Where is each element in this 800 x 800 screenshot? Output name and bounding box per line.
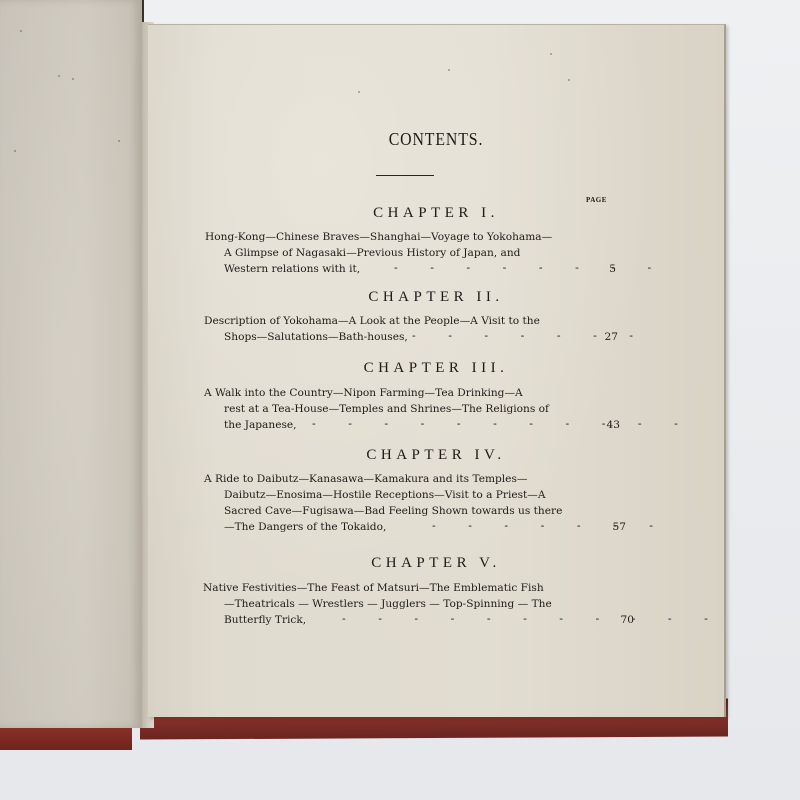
- paper-speck: [550, 53, 552, 55]
- chapter-heading: CHAPTER V.: [148, 555, 724, 572]
- page-number: 27: [588, 331, 618, 343]
- chapter-summary-line: A Glimpse of Nagasaki—Previous History o…: [224, 247, 520, 259]
- chapter-heading: CHAPTER IV.: [148, 447, 724, 464]
- dot-leader: - - - - - - -: [432, 519, 668, 532]
- page-number: 70: [604, 614, 634, 626]
- chapter-summary-line: Shops—Salutations—Bath-houses,: [224, 331, 408, 343]
- chapter-heading: CHAPTER II.: [148, 289, 724, 306]
- photo-scene: CONTENTS. PAGE CHAPTER I. Hong-Kong—Chin…: [0, 0, 800, 800]
- dot-leader: - - - - - - - - - - -: [342, 612, 722, 625]
- chapter-summary-line: Native Festivities—The Feast of Matsuri—…: [203, 582, 544, 594]
- chapter-summary-line: Sacred Cave—Fugisawa—Bad Feeling Shown t…: [224, 505, 562, 517]
- contents-page: CONTENTS. PAGE CHAPTER I. Hong-Kong—Chin…: [148, 24, 726, 717]
- chapter-summary-line: the Japanese,: [224, 419, 297, 431]
- paper-speck: [72, 78, 74, 80]
- page-title: CONTENTS.: [183, 129, 690, 150]
- left-page-blank: [0, 0, 144, 728]
- chapter-summary-line: Western relations with it,: [224, 263, 360, 275]
- chapter-summary-line: —Theatricals — Wrestlers — Jugglers — To…: [224, 598, 552, 610]
- paper-speck: [568, 79, 570, 81]
- chapter-summary-line: Description of Yokohama—A Look at the Pe…: [204, 315, 540, 327]
- paper-speck: [448, 69, 450, 71]
- paper-speck: [14, 150, 16, 152]
- chapter-heading: CHAPTER I.: [148, 205, 724, 222]
- page-number: 5: [586, 263, 616, 275]
- dot-leader: - - - - - - - - - - -: [312, 417, 692, 430]
- page-number: 43: [590, 419, 620, 431]
- chapter-summary-line: A Walk into the Country—Nipon Farming—Te…: [204, 387, 523, 399]
- paper-speck: [358, 91, 360, 93]
- chapter-summary-line: Butterfly Trick,: [224, 614, 306, 626]
- paper-speck: [20, 30, 22, 32]
- page-number: 57: [596, 521, 626, 533]
- chapter-summary-line: rest at a Tea-House—Temples and Shrines—…: [224, 403, 549, 415]
- chapter-summary-line: Daibutz—Enosima—Hostile Receptions—Visit…: [224, 489, 546, 501]
- chapter-summary-line: —The Dangers of the Tokaido,: [224, 521, 386, 533]
- chapter-summary-line: A Ride to Daibutz—Kanasawa—Kamakura and …: [204, 473, 527, 485]
- page-column-label: PAGE: [586, 196, 607, 204]
- chapter-summary-line: Hong-Kong—Chinese Braves—Shanghai—Voyage…: [205, 231, 552, 243]
- chapter-heading: CHAPTER III.: [148, 360, 724, 377]
- paper-speck: [118, 140, 120, 142]
- title-divider-rule: [376, 175, 434, 176]
- paper-speck: [58, 75, 60, 77]
- dot-leader: - - - - - - - -: [394, 261, 666, 274]
